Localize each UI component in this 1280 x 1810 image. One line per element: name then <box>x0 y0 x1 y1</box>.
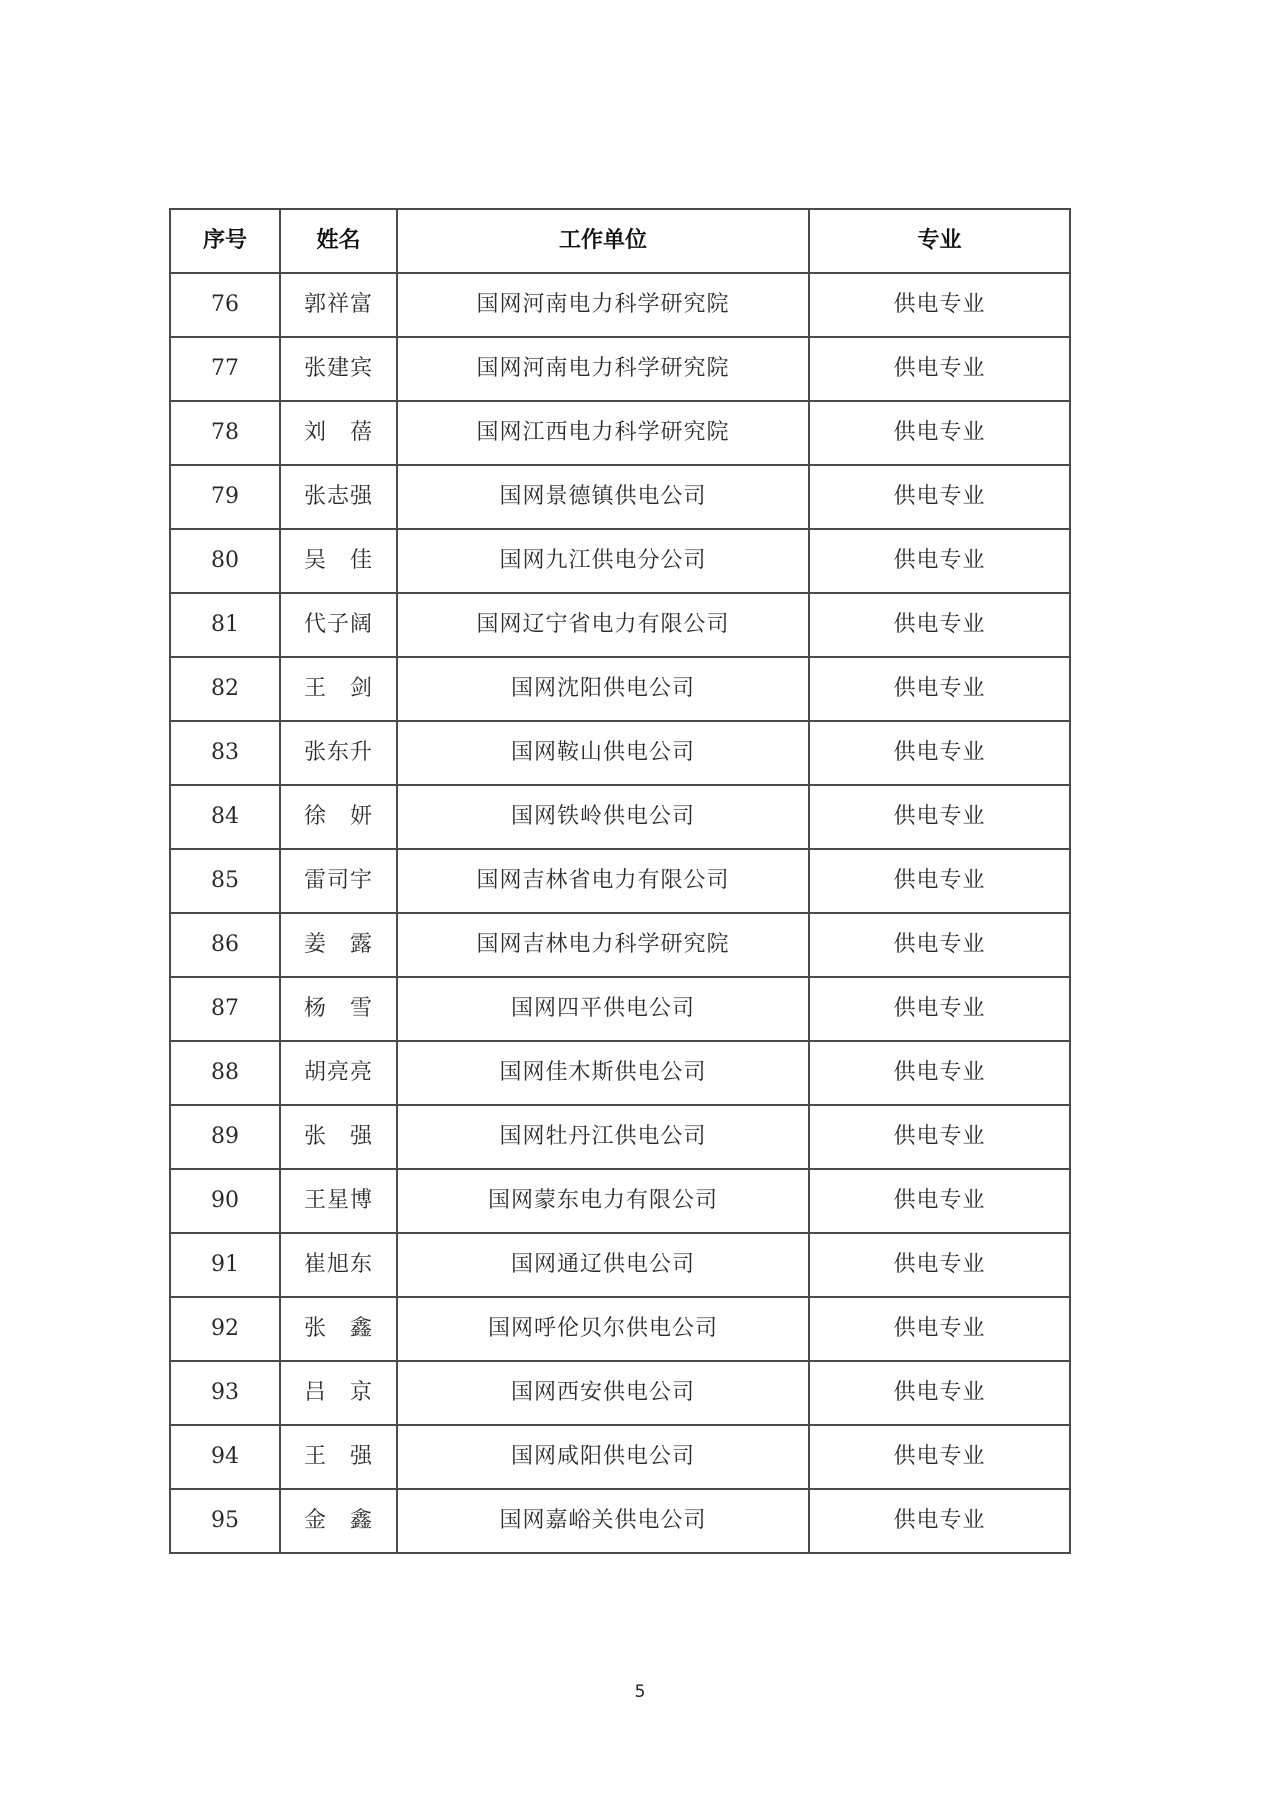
cell-major: 供电专业 <box>809 657 1070 721</box>
cell-unit: 国网吉林电力科学研究院 <box>397 913 809 977</box>
cell-major: 供电专业 <box>809 337 1070 401</box>
cell-unit: 国网沈阳供电公司 <box>397 657 809 721</box>
cell-name: 崔旭东 <box>280 1233 397 1297</box>
cell-name: 姜 露 <box>280 913 397 977</box>
header-no: 序号 <box>170 209 280 273</box>
cell-no: 86 <box>170 913 280 977</box>
table-header-row: 序号 姓名 工作单位 专业 <box>170 209 1070 273</box>
cell-major: 供电专业 <box>809 721 1070 785</box>
table-row: 82 王 剑 国网沈阳供电公司 供电专业 <box>170 657 1070 721</box>
cell-unit: 国网牡丹江供电公司 <box>397 1105 809 1169</box>
cell-no: 95 <box>170 1489 280 1553</box>
cell-unit: 国网河南电力科学研究院 <box>397 273 809 337</box>
cell-name: 王 剑 <box>280 657 397 721</box>
cell-unit: 国网蒙东电力有限公司 <box>397 1169 809 1233</box>
cell-name: 张建宾 <box>280 337 397 401</box>
cell-no: 92 <box>170 1297 280 1361</box>
table-row: 84 徐 妍 国网铁岭供电公司 供电专业 <box>170 785 1070 849</box>
cell-name: 金 鑫 <box>280 1489 397 1553</box>
cell-major: 供电专业 <box>809 465 1070 529</box>
cell-name: 雷司宇 <box>280 849 397 913</box>
cell-no: 89 <box>170 1105 280 1169</box>
table-row: 91 崔旭东 国网通辽供电公司 供电专业 <box>170 1233 1070 1297</box>
cell-name: 张 鑫 <box>280 1297 397 1361</box>
table-row: 94 王 强 国网咸阳供电公司 供电专业 <box>170 1425 1070 1489</box>
cell-name: 郭祥富 <box>280 273 397 337</box>
cell-major: 供电专业 <box>809 1041 1070 1105</box>
cell-unit: 国网通辽供电公司 <box>397 1233 809 1297</box>
cell-no: 93 <box>170 1361 280 1425</box>
cell-unit: 国网铁岭供电公司 <box>397 785 809 849</box>
cell-no: 78 <box>170 401 280 465</box>
cell-unit: 国网江西电力科学研究院 <box>397 401 809 465</box>
cell-no: 88 <box>170 1041 280 1105</box>
cell-major: 供电专业 <box>809 1361 1070 1425</box>
cell-unit: 国网佳木斯供电公司 <box>397 1041 809 1105</box>
cell-major: 供电专业 <box>809 529 1070 593</box>
cell-name: 王星博 <box>280 1169 397 1233</box>
cell-major: 供电专业 <box>809 1489 1070 1553</box>
cell-no: 83 <box>170 721 280 785</box>
cell-name: 徐 妍 <box>280 785 397 849</box>
cell-no: 82 <box>170 657 280 721</box>
cell-unit: 国网西安供电公司 <box>397 1361 809 1425</box>
header-unit: 工作单位 <box>397 209 809 273</box>
table-row: 88 胡亮亮 国网佳木斯供电公司 供电专业 <box>170 1041 1070 1105</box>
table-row: 85 雷司宇 国网吉林省电力有限公司 供电专业 <box>170 849 1070 913</box>
cell-unit: 国网呼伦贝尔供电公司 <box>397 1297 809 1361</box>
page-number: 5 <box>0 1682 1280 1702</box>
cell-no: 87 <box>170 977 280 1041</box>
cell-no: 76 <box>170 273 280 337</box>
cell-major: 供电专业 <box>809 849 1070 913</box>
roster-table: 序号 姓名 工作单位 专业 76 郭祥富 国网河南电力科学研究院 供电专业 77… <box>169 208 1071 1554</box>
table-row: 95 金 鑫 国网嘉峪关供电公司 供电专业 <box>170 1489 1070 1553</box>
table-row: 79 张志强 国网景德镇供电公司 供电专业 <box>170 465 1070 529</box>
table-row: 87 杨 雪 国网四平供电公司 供电专业 <box>170 977 1070 1041</box>
cell-unit: 国网嘉峪关供电公司 <box>397 1489 809 1553</box>
cell-name: 吕 京 <box>280 1361 397 1425</box>
cell-no: 77 <box>170 337 280 401</box>
cell-unit: 国网四平供电公司 <box>397 977 809 1041</box>
cell-major: 供电专业 <box>809 1425 1070 1489</box>
cell-major: 供电专业 <box>809 977 1070 1041</box>
cell-no: 90 <box>170 1169 280 1233</box>
table-row: 90 王星博 国网蒙东电力有限公司 供电专业 <box>170 1169 1070 1233</box>
cell-major: 供电专业 <box>809 273 1070 337</box>
cell-name: 胡亮亮 <box>280 1041 397 1105</box>
cell-unit: 国网景德镇供电公司 <box>397 465 809 529</box>
cell-name: 张志强 <box>280 465 397 529</box>
table-row: 81 代子阔 国网辽宁省电力有限公司 供电专业 <box>170 593 1070 657</box>
cell-name: 杨 雪 <box>280 977 397 1041</box>
table-body: 76 郭祥富 国网河南电力科学研究院 供电专业 77 张建宾 国网河南电力科学研… <box>170 273 1070 1553</box>
cell-major: 供电专业 <box>809 1169 1070 1233</box>
table-row: 86 姜 露 国网吉林电力科学研究院 供电专业 <box>170 913 1070 977</box>
cell-unit: 国网河南电力科学研究院 <box>397 337 809 401</box>
table-row: 78 刘 蓓 国网江西电力科学研究院 供电专业 <box>170 401 1070 465</box>
cell-no: 85 <box>170 849 280 913</box>
header-major: 专业 <box>809 209 1070 273</box>
cell-unit: 国网咸阳供电公司 <box>397 1425 809 1489</box>
cell-no: 84 <box>170 785 280 849</box>
cell-major: 供电专业 <box>809 401 1070 465</box>
cell-major: 供电专业 <box>809 1297 1070 1361</box>
table-row: 80 吴 佳 国网九江供电分公司 供电专业 <box>170 529 1070 593</box>
cell-name: 王 强 <box>280 1425 397 1489</box>
cell-no: 79 <box>170 465 280 529</box>
cell-no: 91 <box>170 1233 280 1297</box>
cell-major: 供电专业 <box>809 1105 1070 1169</box>
cell-no: 80 <box>170 529 280 593</box>
table-row: 76 郭祥富 国网河南电力科学研究院 供电专业 <box>170 273 1070 337</box>
document-page: 序号 姓名 工作单位 专业 76 郭祥富 国网河南电力科学研究院 供电专业 77… <box>0 0 1280 1810</box>
cell-major: 供电专业 <box>809 593 1070 657</box>
cell-unit: 国网吉林省电力有限公司 <box>397 849 809 913</box>
cell-name: 刘 蓓 <box>280 401 397 465</box>
cell-unit: 国网辽宁省电力有限公司 <box>397 593 809 657</box>
cell-no: 94 <box>170 1425 280 1489</box>
cell-major: 供电专业 <box>809 913 1070 977</box>
header-name: 姓名 <box>280 209 397 273</box>
cell-unit: 国网鞍山供电公司 <box>397 721 809 785</box>
cell-name: 张东升 <box>280 721 397 785</box>
cell-name: 吴 佳 <box>280 529 397 593</box>
table-row: 92 张 鑫 国网呼伦贝尔供电公司 供电专业 <box>170 1297 1070 1361</box>
cell-no: 81 <box>170 593 280 657</box>
cell-name: 代子阔 <box>280 593 397 657</box>
table-row: 89 张 强 国网牡丹江供电公司 供电专业 <box>170 1105 1070 1169</box>
cell-unit: 国网九江供电分公司 <box>397 529 809 593</box>
table-row: 93 吕 京 国网西安供电公司 供电专业 <box>170 1361 1070 1425</box>
table-row: 77 张建宾 国网河南电力科学研究院 供电专业 <box>170 337 1070 401</box>
table-row: 83 张东升 国网鞍山供电公司 供电专业 <box>170 721 1070 785</box>
cell-name: 张 强 <box>280 1105 397 1169</box>
cell-major: 供电专业 <box>809 785 1070 849</box>
cell-major: 供电专业 <box>809 1233 1070 1297</box>
